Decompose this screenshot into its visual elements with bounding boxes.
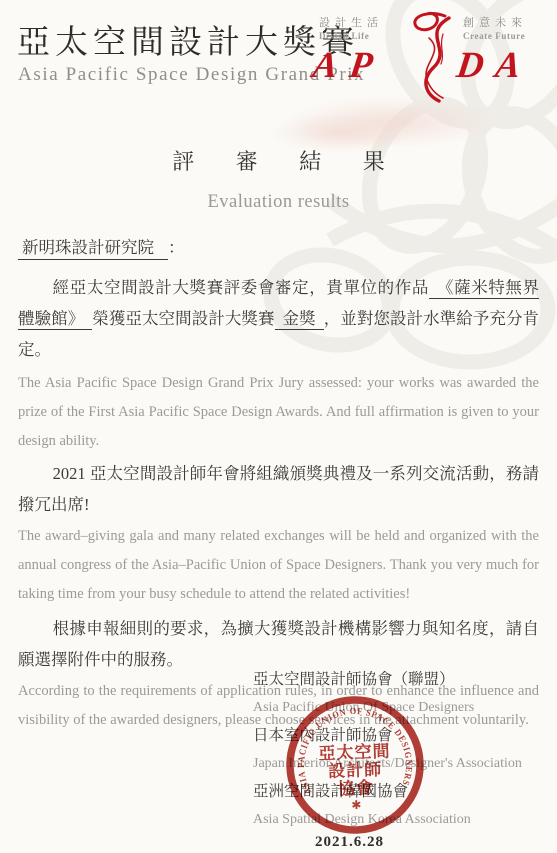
p1-text-a: 經亞太空間設計大獎賽評委會審定，貴單位的作品 (53, 278, 429, 297)
slogan-create-future-zh: 創意未來 (463, 14, 527, 30)
recipient-line: 新明珠設計研究院： (18, 234, 539, 262)
doc-title-en: Evaluation results (0, 192, 557, 213)
slogan-design-life-en: Design Life (319, 31, 383, 41)
letter-body: 新明珠設計研究院： 經亞太空間設計大獎賽評委會審定，貴單位的作品《薩米特無界體驗… (18, 234, 539, 735)
recipient-name: 新明珠設計研究院 (18, 238, 168, 260)
paragraph-2-en: The award–giving gala and many related e… (18, 522, 539, 609)
paragraph-1-zh: 經亞太空間設計大獎賽評委會審定，貴單位的作品《薩米特無界體驗館》榮獲亞太空間設計… (18, 272, 539, 365)
apsda-logo: 設計生活 Design Life 創意未來 Create Future AP D… (311, 8, 551, 104)
seal-center-line3: 協會 (337, 777, 374, 798)
slogan-create-future-en: Create Future (463, 31, 527, 41)
slogan-create-future: 創意未來 Create Future (463, 14, 527, 41)
award-name: 金獎 (275, 309, 324, 330)
certificate-page: 亞太空間設計大獎賽 Asia Pacific Space Design Gran… (0, 0, 557, 853)
slogan-design-life-zh: 設計生活 (319, 14, 383, 30)
logo-letters-da: DA (454, 44, 535, 87)
seal-center-line2: 設計師 (328, 759, 383, 781)
paragraph-2-zh: 2021 亞太空間設計師年會將組織頒獎典禮及一系列交流活動，務請撥冗出席! (18, 458, 539, 520)
recipient-colon: ： (168, 238, 185, 257)
official-seal: ASIA PACIFIC UNION OF SPACE DESIGNERS 亞太… (279, 689, 430, 840)
paragraph-1-en: The Asia Pacific Space Design Grand Prix… (18, 369, 539, 456)
org-title-zh: 亞太空間設計大獎賽 (17, 16, 359, 63)
slogan-design-life: 設計生活 Design Life (319, 14, 383, 41)
apsda-figure-icon (399, 8, 463, 104)
seal-star-icon: ✱ (351, 798, 362, 812)
logo-letters-ap: AP (310, 44, 387, 87)
doc-title-zh: 評 審 結 果 (0, 145, 557, 176)
p1-text-b: 榮獲亞太空間設計大獎賽 (92, 309, 274, 328)
